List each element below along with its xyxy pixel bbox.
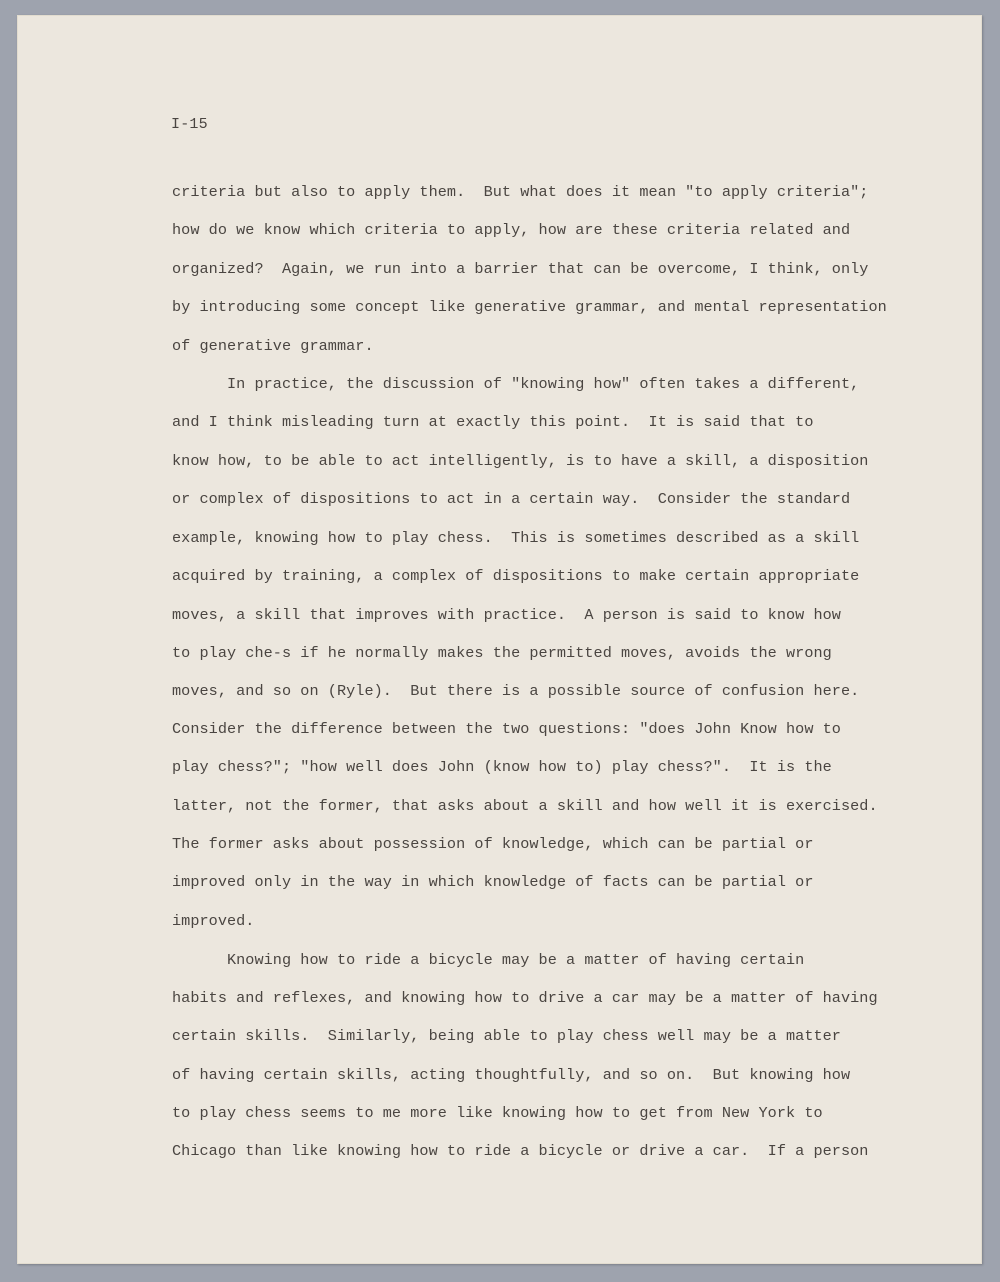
text-line: certain skills. Similarly, being able to… bbox=[172, 1027, 841, 1045]
document-page: I-15 criteria but also to apply them. Bu… bbox=[17, 15, 982, 1264]
page-number: I-15 bbox=[171, 116, 208, 133]
text-line: habits and reflexes, and knowing how to … bbox=[172, 989, 878, 1007]
text-line: In practice, the discussion of "knowing … bbox=[172, 375, 859, 393]
text-line: how do we know which criteria to apply, … bbox=[172, 221, 850, 239]
text-line: by introducing some concept like generat… bbox=[172, 298, 887, 316]
text-line: to play chess seems to me more like know… bbox=[172, 1104, 823, 1122]
text-line: of having certain skills, acting thought… bbox=[172, 1066, 850, 1084]
text-line: Consider the difference between the two … bbox=[172, 720, 841, 738]
text-line: to play che-s if he normally makes the p… bbox=[172, 644, 832, 662]
text-line: The former asks about possession of know… bbox=[172, 835, 813, 853]
text-line: criteria but also to apply them. But wha… bbox=[172, 183, 868, 201]
text-line: and I think misleading turn at exactly t… bbox=[172, 413, 813, 431]
text-line: improved. bbox=[172, 912, 254, 930]
text-line: know how, to be able to act intelligentl… bbox=[172, 452, 868, 470]
text-line: improved only in the way in which knowle… bbox=[172, 873, 813, 891]
text-line: acquired by training, a complex of dispo… bbox=[172, 567, 859, 585]
text-line: Knowing how to ride a bicycle may be a m… bbox=[172, 951, 804, 969]
text-line: of generative grammar. bbox=[172, 337, 374, 355]
text-line: or complex of dispositions to act in a c… bbox=[172, 490, 850, 508]
text-line: Chicago than like knowing how to ride a … bbox=[172, 1142, 868, 1160]
text-line: organized? Again, we run into a barrier … bbox=[172, 260, 868, 278]
text-line: example, knowing how to play chess. This… bbox=[172, 529, 859, 547]
text-line: moves, a skill that improves with practi… bbox=[172, 606, 841, 624]
text-line: play chess?"; "how well does John (know … bbox=[172, 758, 832, 776]
text-line: moves, and so on (Ryle). But there is a … bbox=[172, 682, 859, 700]
text-line: latter, not the former, that asks about … bbox=[172, 797, 878, 815]
